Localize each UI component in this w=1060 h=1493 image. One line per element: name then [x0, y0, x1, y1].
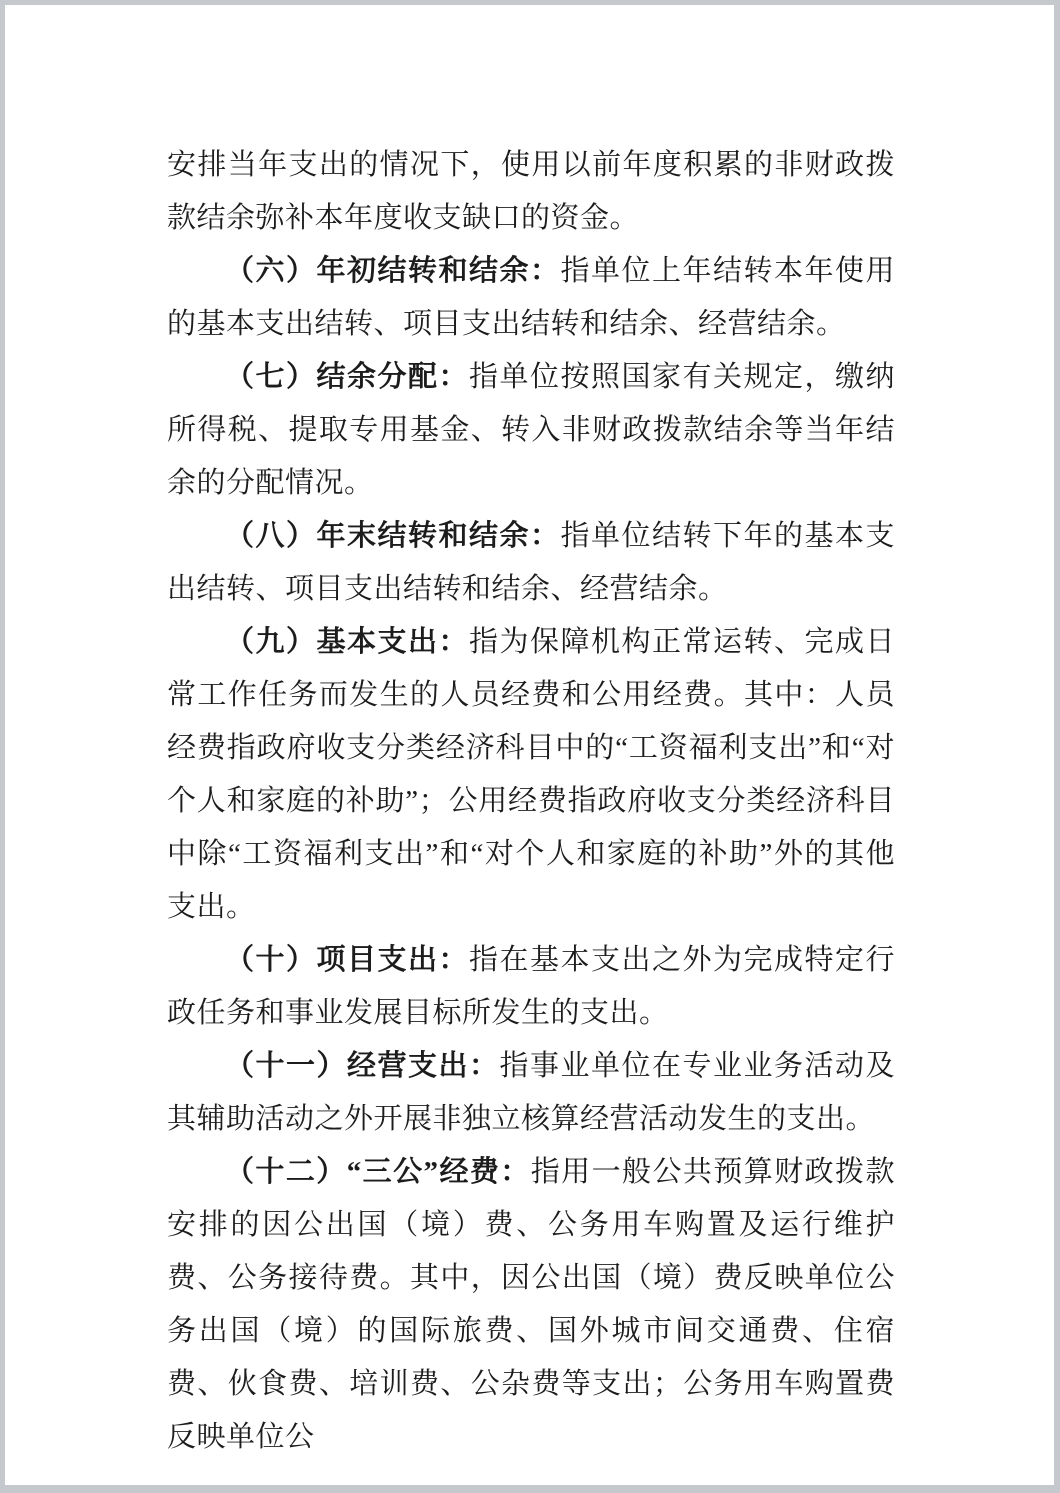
paragraph-heading: （七）结余分配：: [225, 361, 469, 393]
page-background: { "page": { "background_color": "#c5c8cd…: [0, 0, 1060, 1493]
paragraph: （八）年末结转和结余：指单位结转下年的基本支出结转、项目支出结转和结余、经营结余…: [167, 510, 895, 616]
paragraph: 安排当年支出的情况下，使用以前年度积累的非财政拨款结余弥补本年度收支缺口的资金。: [167, 139, 895, 245]
document-body: 安排当年支出的情况下，使用以前年度积累的非财政拨款结余弥补本年度收支缺口的资金。…: [167, 139, 895, 1464]
paragraph-heading: （十一）经营支出：: [225, 1050, 500, 1082]
paragraph-text: 安排当年支出的情况下，使用以前年度积累的非财政拨款结余弥补本年度收支缺口的资金。: [167, 149, 895, 234]
paragraph: （七）结余分配：指单位按照国家有关规定，缴纳所得税、提取专用基金、转入非财政拨款…: [167, 351, 895, 510]
paragraph: （九）基本支出：指为保障机构正常运转、完成日常工作任务而发生的人员经费和公用经费…: [167, 616, 895, 934]
paragraph-text: 指为保障机构正常运转、完成日常工作任务而发生的人员经费和公用经费。其中：人员经费…: [167, 626, 895, 923]
paragraph-heading: （十二）“三公”经费：: [225, 1156, 531, 1188]
paragraph-heading: （六）年初结转和结余：: [225, 255, 560, 287]
paragraph-text: 指用一般公共预算财政拨款安排的因公出国（境）费、公务用车购置及运行维护费、公务接…: [167, 1156, 895, 1453]
paragraph-heading: （八）年末结转和结余：: [225, 520, 560, 552]
paragraph-heading: （十）项目支出：: [225, 944, 469, 976]
paragraph: （六）年初结转和结余：指单位上年结转本年使用的基本支出结转、项目支出结转和结余、…: [167, 245, 895, 351]
paragraph: （十）项目支出：指在基本支出之外为完成特定行政任务和事业发展目标所发生的支出。: [167, 934, 895, 1040]
document-page: 安排当年支出的情况下，使用以前年度积累的非财政拨款结余弥补本年度收支缺口的资金。…: [5, 5, 1054, 1485]
paragraph: （十一）经营支出：指事业单位在专业业务活动及其辅助活动之外开展非独立核算经营活动…: [167, 1040, 895, 1146]
paragraph: （十二）“三公”经费：指用一般公共预算财政拨款安排的因公出国（境）费、公务用车购…: [167, 1146, 895, 1464]
paragraph-heading: （九）基本支出：: [225, 626, 469, 658]
